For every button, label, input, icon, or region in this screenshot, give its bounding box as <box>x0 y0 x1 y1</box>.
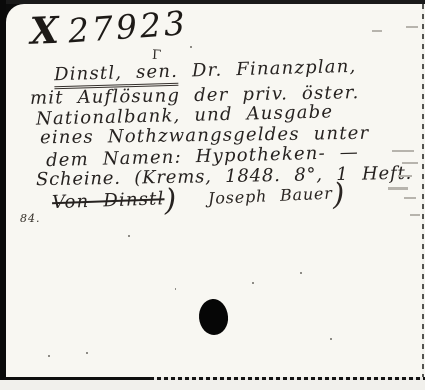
shelfmark-number: 27923 <box>67 5 189 50</box>
shelfmark: X 27923 <box>29 7 188 49</box>
smudge-mark <box>388 187 408 190</box>
smudge-mark <box>402 162 418 164</box>
noise-speck <box>330 338 332 340</box>
attribution-line: Von Dinstl) <box>52 188 178 213</box>
noise-speck <box>86 352 88 354</box>
struck-attribution: Von Dinstl <box>52 188 165 213</box>
scan-edge-top <box>0 0 425 4</box>
scanned-catalog-card-page: X 27923 Γ Dinstl, sen. Dr. Finanzplan, m… <box>0 0 425 390</box>
shelfmark-letter: X <box>29 12 59 50</box>
corner-note: 84. <box>20 212 41 225</box>
closing-paren: ) <box>164 183 178 218</box>
noise-speck <box>252 282 254 284</box>
smudge-mark <box>392 150 414 152</box>
noise-speck <box>190 46 192 48</box>
smudge-mark <box>372 30 382 32</box>
smudge-mark <box>410 214 420 216</box>
noise-speck <box>175 288 176 290</box>
smudge-mark <box>404 197 416 199</box>
noise-speck <box>300 272 302 274</box>
scan-edge-right <box>422 4 424 377</box>
smudge-mark <box>398 175 412 177</box>
noise-speck <box>48 355 50 357</box>
smudge-mark <box>406 26 418 28</box>
signature-flourish: ) <box>332 177 346 213</box>
scan-edge-left <box>0 0 6 378</box>
noise-speck <box>128 235 130 237</box>
scan-margin-bottom <box>0 380 425 390</box>
